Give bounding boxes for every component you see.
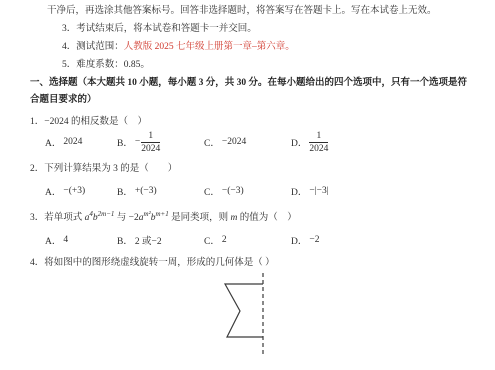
question-1-option-a: A．2024	[45, 130, 82, 154]
option-value: −(+3)	[63, 186, 85, 196]
fraction-numerator: 1	[309, 131, 328, 143]
question-3-option-a: A．4	[45, 233, 68, 247]
question-1-option-d: D．12024	[291, 130, 328, 154]
question-4-stem: 4．将如图中的图形绕虚线旋转一周，形成的几何体是（ ）	[30, 254, 275, 268]
option-label: C．	[204, 233, 220, 247]
option-label: D．	[291, 135, 307, 149]
instructions-continuation-line: 干净后，再选涂其他答案标号。回答非选择题时，将答案写在答题卡上。写在本试卷上无效…	[47, 5, 437, 17]
stem-text: 3．若单项式	[30, 213, 85, 223]
option-label: B．	[117, 233, 133, 247]
option-value: −|−3|	[309, 186, 328, 196]
notice-difficulty: 5．难度系数：0.85。	[62, 59, 150, 71]
option-label: B．	[117, 135, 133, 149]
stem-text: 的值为（ ）	[237, 213, 296, 223]
option-value: 4	[63, 235, 68, 245]
option-value: +(−3)	[135, 186, 157, 196]
question-3-option-c: C．2	[204, 233, 227, 247]
question-3-stem: 3．若单项式 a4b2m−1 与 −2am²bm+1 是同类项，则 m 的值为（…	[30, 209, 297, 223]
question-2-options: A．−(+3) B．+(−3) C．−(−3) D．−|−3|	[30, 184, 490, 198]
notice-test-scope-prefix: 4．测试范围：	[62, 42, 124, 52]
question-1-stem: 1．−2024 的相反数是（ ）	[30, 113, 147, 127]
option-label: A．	[45, 233, 61, 247]
exponent: m²	[144, 210, 151, 218]
question-2-option-a: A．−(+3)	[45, 184, 85, 198]
option-label: B．	[117, 184, 133, 198]
question-2-option-d: D．−|−3|	[291, 184, 329, 198]
stem-text: 是同类项，则	[169, 213, 231, 223]
fraction: 12024	[309, 131, 328, 154]
option-value: −(−3)	[222, 186, 244, 196]
option-value: 2 或−2	[135, 233, 162, 247]
fraction: 12024	[141, 131, 160, 154]
exam-paper-page: 干净后，再选涂其他答案标号。回答非选择题时，将答案写在答题卡上。写在本试卷上无效…	[0, 0, 495, 370]
option-label: A．	[45, 135, 61, 149]
exponent: m+1	[155, 210, 168, 218]
question-2-option-b: B．+(−3)	[117, 184, 157, 198]
option-value: −2	[309, 235, 319, 245]
exponent: 2m−1	[98, 210, 115, 218]
option-label: D．	[291, 184, 307, 198]
section-title-multiple-choice: 一、选择题（本大题共 10 小题，每小题 3 分，共 30 分。在每小题给出的四…	[30, 75, 468, 109]
rotation-profile-figure	[215, 269, 275, 359]
option-value: 2024	[63, 137, 82, 147]
fraction-numerator: 1	[141, 131, 160, 143]
question-3-options: A．4 B．2 或−2 C．2 D．−2	[30, 233, 490, 247]
notice-test-scope-range: 人教版 2025 七年级上册第一章–第六章。	[124, 42, 295, 52]
question-2-option-c: C．−(−3)	[204, 184, 244, 198]
option-value: 2	[222, 235, 227, 245]
stem-text: 与 −2	[114, 213, 138, 223]
question-3-option-d: D．−2	[291, 233, 319, 247]
option-label: C．	[204, 135, 220, 149]
option-label: D．	[291, 233, 307, 247]
question-1-options: A．2024 B．−12024 C．−2024 D．12024	[30, 130, 490, 154]
option-value: −2024	[222, 137, 246, 147]
question-1-option-c: C．−2024	[204, 130, 246, 154]
question-3-option-b: B．2 或−2	[117, 233, 162, 247]
notice-return-paper: 3．考试结束后，将本试卷和答题卡一并交回。	[62, 23, 257, 35]
question-4-figure	[215, 269, 275, 362]
profile-outline	[225, 284, 263, 337]
question-2-stem: 2．下列计算结果为 3 的是（ ）	[30, 160, 177, 174]
fraction-denominator: 2024	[141, 143, 160, 154]
option-label: A．	[45, 184, 61, 198]
minus-sign: −	[135, 137, 140, 147]
fraction-denominator: 2024	[309, 143, 328, 154]
notice-test-scope: 4．测试范围：人教版 2025 七年级上册第一章–第六章。	[62, 41, 295, 53]
question-1-option-b: B．−12024	[117, 130, 160, 154]
option-label: C．	[204, 184, 220, 198]
